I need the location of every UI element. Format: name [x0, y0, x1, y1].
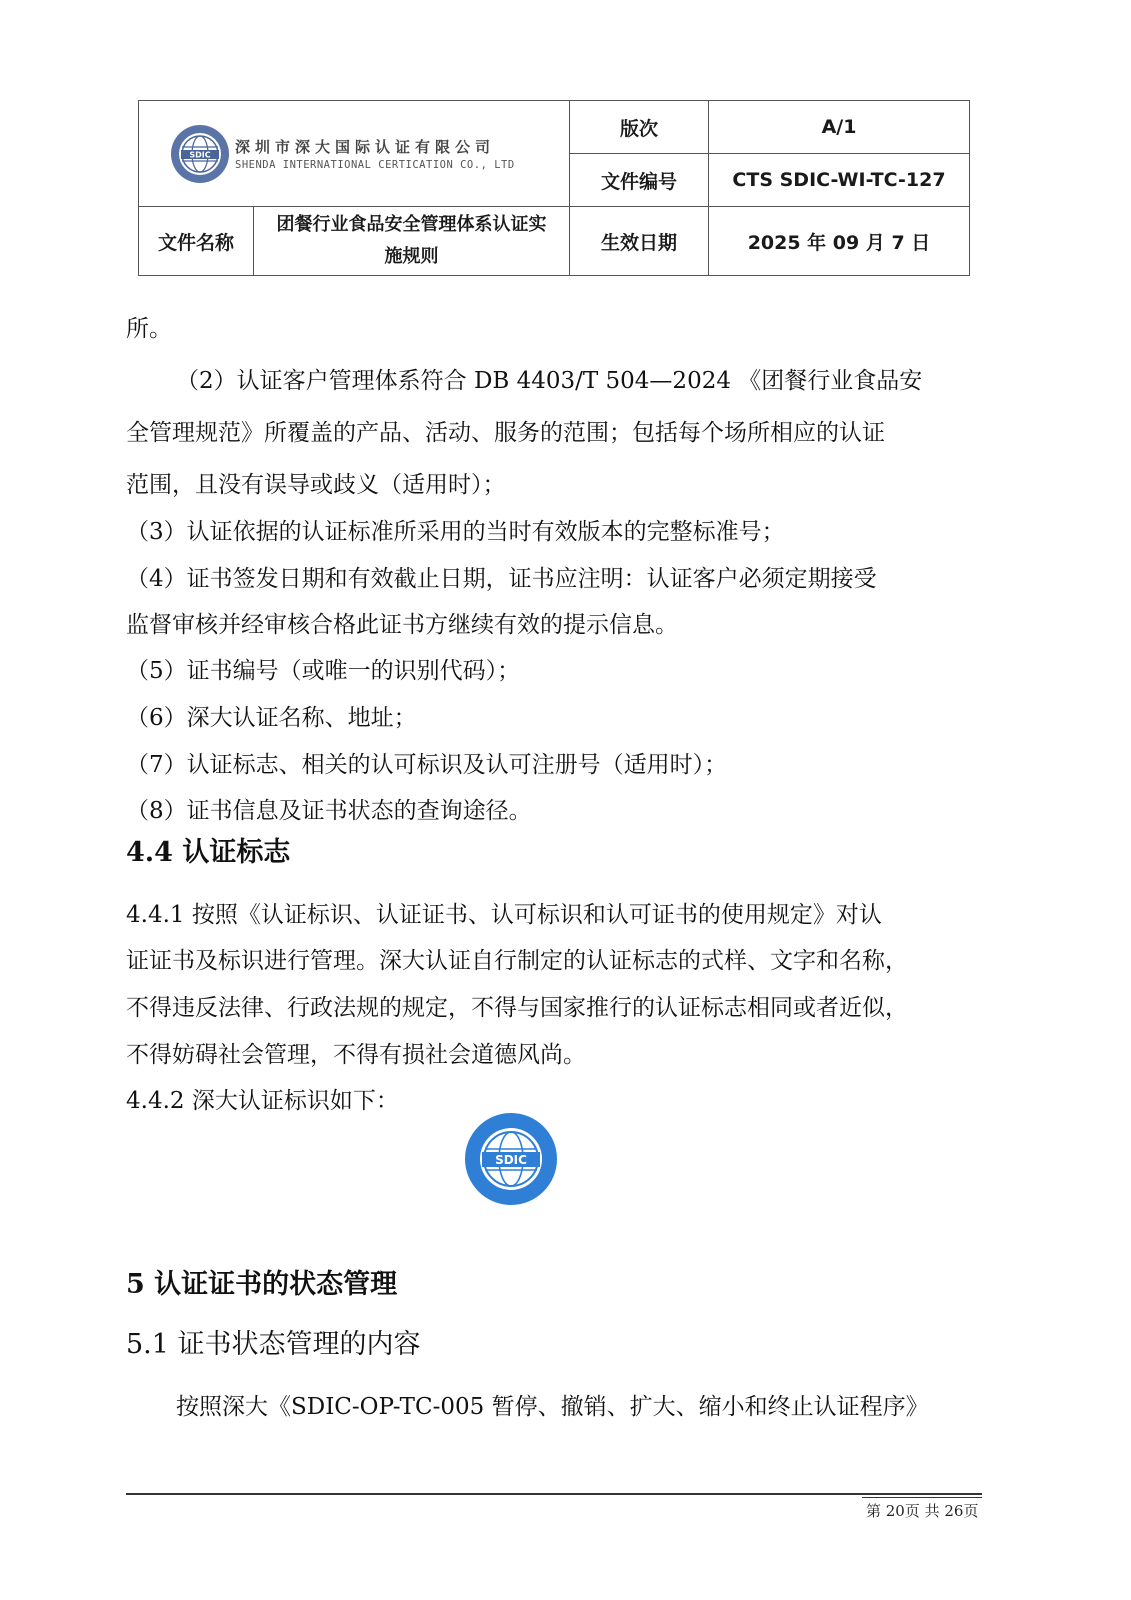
doc-name-line2: 施规则	[254, 241, 569, 273]
item-2-line3: 范围，且没有误导或歧义（适用时）；	[126, 470, 986, 500]
para-4-4-1-line4: 不得妨碍社会管理，不得有损社会道德风尚。	[126, 1040, 986, 1070]
item-3: （3）认证依据的认证标准所采用的当时有效版本的完整标准号；	[126, 517, 986, 547]
doc-name-label: 文件名称	[139, 207, 254, 275]
effective-date-label: 生效日期	[570, 207, 709, 276]
doc-name-line1: 团餐行业食品安全管理体系认证实	[254, 209, 569, 241]
footer-divider-short	[862, 1497, 982, 1498]
item-2-line2: 全管理规范》所覆盖的产品、活动、服务的范围；包括每个场所相应的认证	[126, 418, 986, 448]
item-5: （5）证书编号（或唯一的识别代码）；	[126, 656, 986, 686]
page-number: 第 20页 共 26页	[866, 1500, 978, 1521]
item-7: （7）认证标志、相关的认可标识及认可注册号（适用时）；	[126, 750, 986, 780]
svg-text:SDIC: SDIC	[495, 1153, 527, 1167]
svg-text:SDIC: SDIC	[189, 150, 210, 159]
company-logo-cell: SDIC 深圳市深大国际认证有限公司 SHENDA INTERNATIONAL …	[139, 101, 570, 207]
para-4-4-1-line1: 4.4.1 按照《认证标识、认证证书、认可标识和认可证书的使用规定》对认	[126, 900, 986, 930]
section-heading-5: 5 认证证书的状态管理	[126, 1262, 397, 1301]
doc-number-label: 文件编号	[570, 154, 709, 207]
body-line: 所。	[126, 314, 986, 344]
company-name-en: SHENDA INTERNATIONAL CERTICATION CO., LT…	[235, 159, 515, 171]
footer-divider	[126, 1493, 982, 1495]
company-logo-icon: SDIC	[169, 123, 231, 185]
doc-name-row: 文件名称 团餐行业食品安全管理体系认证实 施规则	[139, 207, 570, 276]
document-header-table: SDIC 深圳市深大国际认证有限公司 SHENDA INTERNATIONAL …	[138, 100, 970, 276]
para-4-4-1-line2: 证证书及标识进行管理。深大认证自行制定的认证标志的式样、文字和名称，	[126, 946, 986, 976]
item-2-line1: （2）认证客户管理体系符合 DB 4403/T 504—2024 《团餐行业食品…	[126, 366, 1036, 396]
item-4-line2: 监督审核并经审核合格此证书方继续有效的提示信息。	[126, 610, 986, 640]
section-heading-4-4: 4.4 认证标志	[126, 830, 290, 869]
version-value: A/1	[709, 101, 970, 154]
version-label: 版次	[570, 101, 709, 154]
item-6: （6）深大认证名称、地址；	[126, 703, 986, 733]
doc-number-value: CTS SDIC-WI-TC-127	[709, 154, 970, 207]
item-8: （8）证书信息及证书状态的查询途径。	[126, 796, 986, 826]
item-4-line1: （4）证书签发日期和有效截止日期，证书应注明：认证客户必须定期接受	[126, 564, 986, 594]
para-5-1-line1: 按照深大《SDIC-OP-TC-005 暂停、撤销、扩大、缩小和终止认证程序》	[126, 1392, 1036, 1422]
effective-date-value: 2025 年 09 月 7 日	[709, 207, 970, 276]
company-name-cn: 深圳市深大国际认证有限公司	[235, 136, 515, 157]
section-heading-5-1: 5.1 证书状态管理的内容	[126, 1322, 421, 1361]
sdic-seal-icon: SDIC	[464, 1112, 558, 1206]
para-4-4-1-line3: 不得违反法律、行政法规的规定，不得与国家推行的认证标志相同或者近似，	[126, 993, 986, 1023]
doc-name-value: 团餐行业食品安全管理体系认证实 施规则	[254, 207, 569, 275]
